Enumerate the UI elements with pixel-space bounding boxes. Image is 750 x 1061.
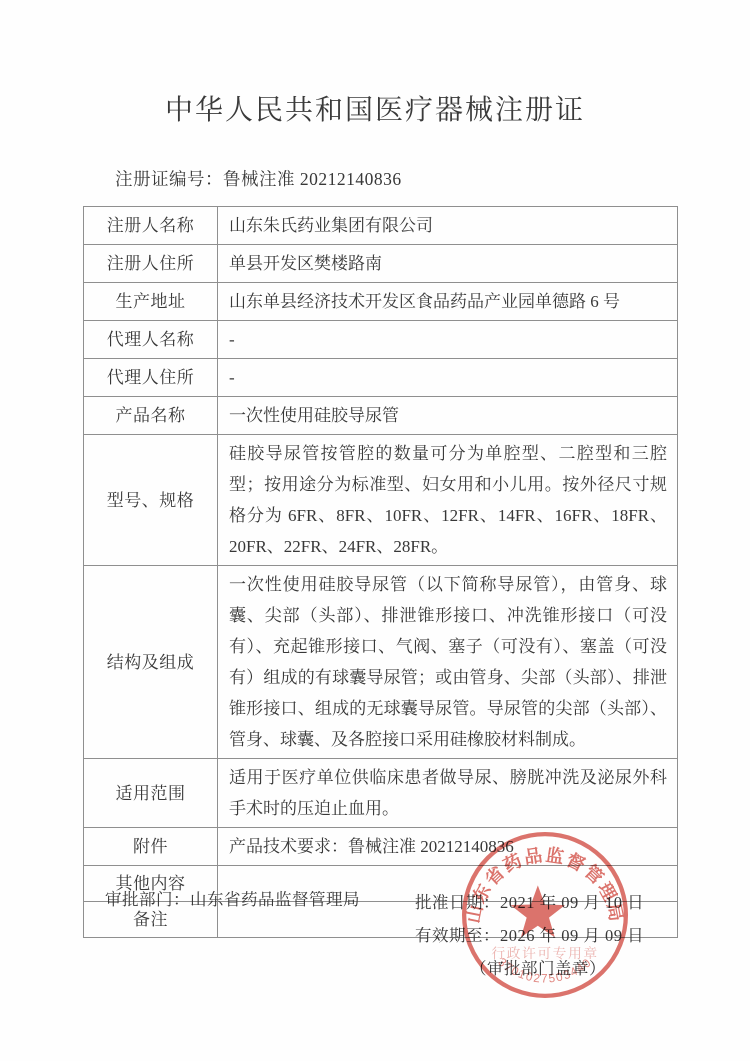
page-title: 中华人民共和国医疗器械注册证 (0, 88, 750, 128)
row-value: - (218, 321, 678, 359)
table-row-production-address: 生产地址 山东单县经济技术开发区食品药品产业园单德路 6 号 (84, 283, 678, 321)
table-row-registrant-address: 注册人住所 单县开发区樊楼路南 (84, 245, 678, 283)
table-row-registrant-name: 注册人名称 山东朱氏药业集团有限公司 (84, 207, 678, 245)
row-value: 山东朱氏药业集团有限公司 (218, 207, 678, 245)
row-value: 产品技术要求：鲁械注准 20212140836 (218, 828, 678, 866)
table-row-attachment: 附件 产品技术要求：鲁械注准 20212140836 (84, 828, 678, 866)
row-value: 硅胶导尿管按管腔的数量可分为单腔型、二腔型和三腔型；按用途分为标准型、妇女用和小… (218, 435, 678, 566)
row-label: 产品名称 (84, 397, 218, 435)
row-label: 代理人住所 (84, 359, 218, 397)
row-label: 附件 (84, 828, 218, 866)
row-value: 山东单县经济技术开发区食品药品产业园单德路 6 号 (218, 283, 678, 321)
table-row-structure-composition: 结构及组成 一次性使用硅胶导尿管（以下简称导尿管），由管身、球囊、尖部（头部）、… (84, 566, 678, 759)
registration-number-label: 注册证编号： (115, 169, 223, 189)
valid-until-date: 有效期至：2026 年 09 月 09 日 (415, 919, 644, 952)
row-label: 注册人名称 (84, 207, 218, 245)
row-label: 结构及组成 (84, 566, 218, 759)
certificate-table: 注册人名称 山东朱氏药业集团有限公司 注册人住所 单县开发区樊楼路南 生产地址 … (83, 206, 678, 938)
table-row-scope-of-application: 适用范围 适用于医疗单位供临床患者做导尿、膀胱冲洗及泌尿外科手术时的压迫止血用。 (84, 759, 678, 828)
row-value: 适用于医疗单位供临床患者做导尿、膀胱冲洗及泌尿外科手术时的压迫止血用。 (218, 759, 678, 828)
row-value: - (218, 359, 678, 397)
row-label: 型号、规格 (84, 435, 218, 566)
registration-number-value: 鲁械注准 20212140836 (223, 169, 402, 189)
approval-department: 审批部门：山东省药品监督管理局 (105, 886, 360, 910)
table-row-agent-name: 代理人名称 - (84, 321, 678, 359)
row-label: 代理人名称 (84, 321, 218, 359)
table-row-product-name: 产品名称 一次性使用硅胶导尿管 (84, 397, 678, 435)
table-row-agent-address: 代理人住所 - (84, 359, 678, 397)
row-value: 单县开发区樊楼路南 (218, 245, 678, 283)
row-label: 注册人住所 (84, 245, 218, 283)
registration-number-line: 注册证编号：鲁械注准 20212140836 (115, 166, 402, 191)
row-label: 生产地址 (84, 283, 218, 321)
approval-date: 批准日期：2021 年 09 月 10 日 (415, 886, 644, 919)
row-value: 一次性使用硅胶导尿管 (218, 397, 678, 435)
row-value: 一次性使用硅胶导尿管（以下简称导尿管），由管身、球囊、尖部（头部）、排泄锥形接口… (218, 566, 678, 759)
row-label: 适用范围 (84, 759, 218, 828)
seal-note: （审批部门盖章） (415, 952, 644, 985)
footer-dates-block: 批准日期：2021 年 09 月 10 日 有效期至：2026 年 09 月 0… (415, 886, 644, 985)
certificate-page: 中华人民共和国医疗器械注册证 注册证编号：鲁械注准 20212140836 注册… (0, 0, 750, 1061)
table-row-model-spec: 型号、规格 硅胶导尿管按管腔的数量可分为单腔型、二腔型和三腔型；按用途分为标准型… (84, 435, 678, 566)
